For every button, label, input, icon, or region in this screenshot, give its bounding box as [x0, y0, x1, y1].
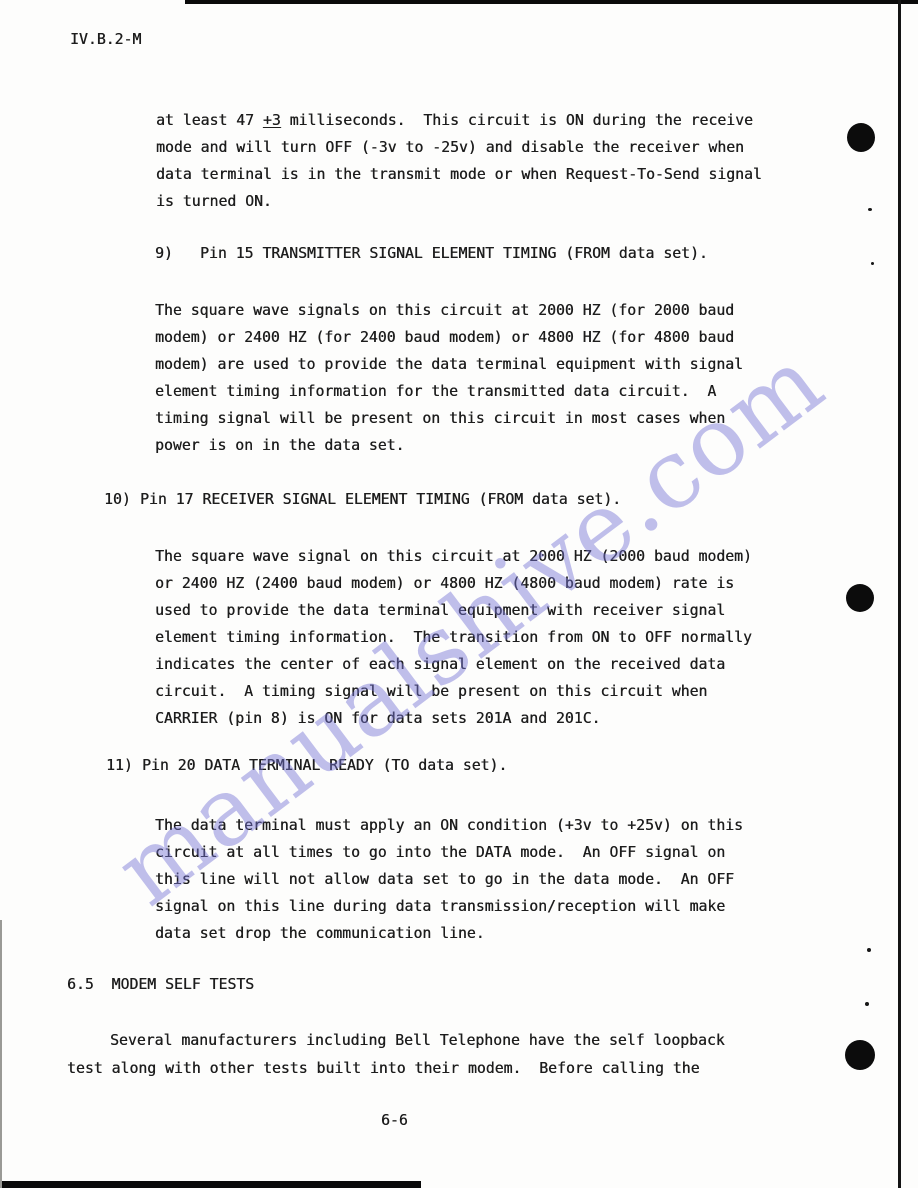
hole-punch-mark-middle: [846, 584, 874, 612]
scan-speck: [871, 262, 874, 265]
item-number: 9): [155, 245, 173, 262]
paragraph-line: is turned ON.: [156, 193, 272, 210]
paragraph-line: used to provide the data terminal equipm…: [155, 602, 725, 619]
hole-punch-mark-bottom: [845, 1040, 875, 1070]
document-page: IV.B.2-M at least 47 +3 milliseconds. Th…: [0, 0, 918, 1188]
paragraph-text: milliseconds. This circuit is ON during …: [281, 112, 753, 129]
header-ref: IV.B.2-M: [70, 31, 141, 48]
item-title: Pin 17 RECEIVER SIGNAL ELEMENT TIMING (F…: [140, 491, 621, 508]
item-title: Pin 20 DATA TERMINAL READY (TO data set)…: [142, 757, 507, 774]
paragraph-line: CARRIER (pin 8) is ON for data sets 201A…: [155, 710, 600, 727]
paragraph-line: data set drop the communication line.: [155, 925, 485, 942]
paragraph-line: modem) are used to provide the data term…: [155, 356, 743, 373]
paragraph-line: at least 47 +3 milliseconds. This circui…: [156, 112, 753, 129]
item-title: Pin 15 TRANSMITTER SIGNAL ELEMENT TIMING…: [200, 245, 708, 262]
scan-speck: [865, 1002, 869, 1006]
paragraph-line: or 2400 HZ (2400 baud modem) or 4800 HZ …: [155, 575, 734, 592]
paragraph-line: circuit. A timing signal will be present…: [155, 683, 707, 700]
scan-border-left: [0, 920, 2, 1188]
paragraph-line: signal on this line during data transmis…: [155, 898, 725, 915]
scan-border-bottom: [0, 1181, 421, 1188]
paragraph-line: test along with other tests built into t…: [67, 1060, 700, 1077]
paragraph-line: mode and will turn OFF (-3v to -25v) and…: [156, 139, 744, 156]
item-number: 11): [106, 757, 133, 774]
scan-speck: [867, 948, 871, 952]
scan-border-top: [185, 0, 918, 4]
paragraph-line: indicates the center of each signal elem…: [155, 656, 725, 673]
paragraph-line: this line will not allow data set to go …: [155, 871, 734, 888]
paragraph-text: at least 47: [156, 112, 263, 129]
paragraph-line: The data terminal must apply an ON condi…: [155, 817, 743, 834]
scan-border-right: [898, 0, 901, 1188]
paragraph-line: Several manufacturers including Bell Tel…: [110, 1032, 725, 1049]
paragraph-line: data terminal is in the transmit mode or…: [156, 166, 762, 183]
paragraph-line: element timing information. The transiti…: [155, 629, 752, 646]
paragraph-line: circuit at all times to go into the DATA…: [155, 844, 725, 861]
paragraph-line: timing signal will be present on this ci…: [155, 410, 725, 427]
page-number: 6-6: [381, 1112, 408, 1129]
scan-speck: [868, 208, 872, 211]
underlined-tolerance-value: +3: [263, 112, 281, 129]
paragraph-line: modem) or 2400 HZ (for 2400 baud modem) …: [155, 329, 734, 346]
paragraph-line: The square wave signal on this circuit a…: [155, 548, 752, 565]
hole-punch-mark-top: [847, 123, 875, 152]
paragraph-line: power is on in the data set.: [155, 437, 404, 454]
paragraph-line: element timing information for the trans…: [155, 383, 716, 400]
paragraph-line: The square wave signals on this circuit …: [155, 302, 734, 319]
section-heading: 6.5 MODEM SELF TESTS: [67, 976, 254, 993]
item-number: 10): [104, 491, 131, 508]
